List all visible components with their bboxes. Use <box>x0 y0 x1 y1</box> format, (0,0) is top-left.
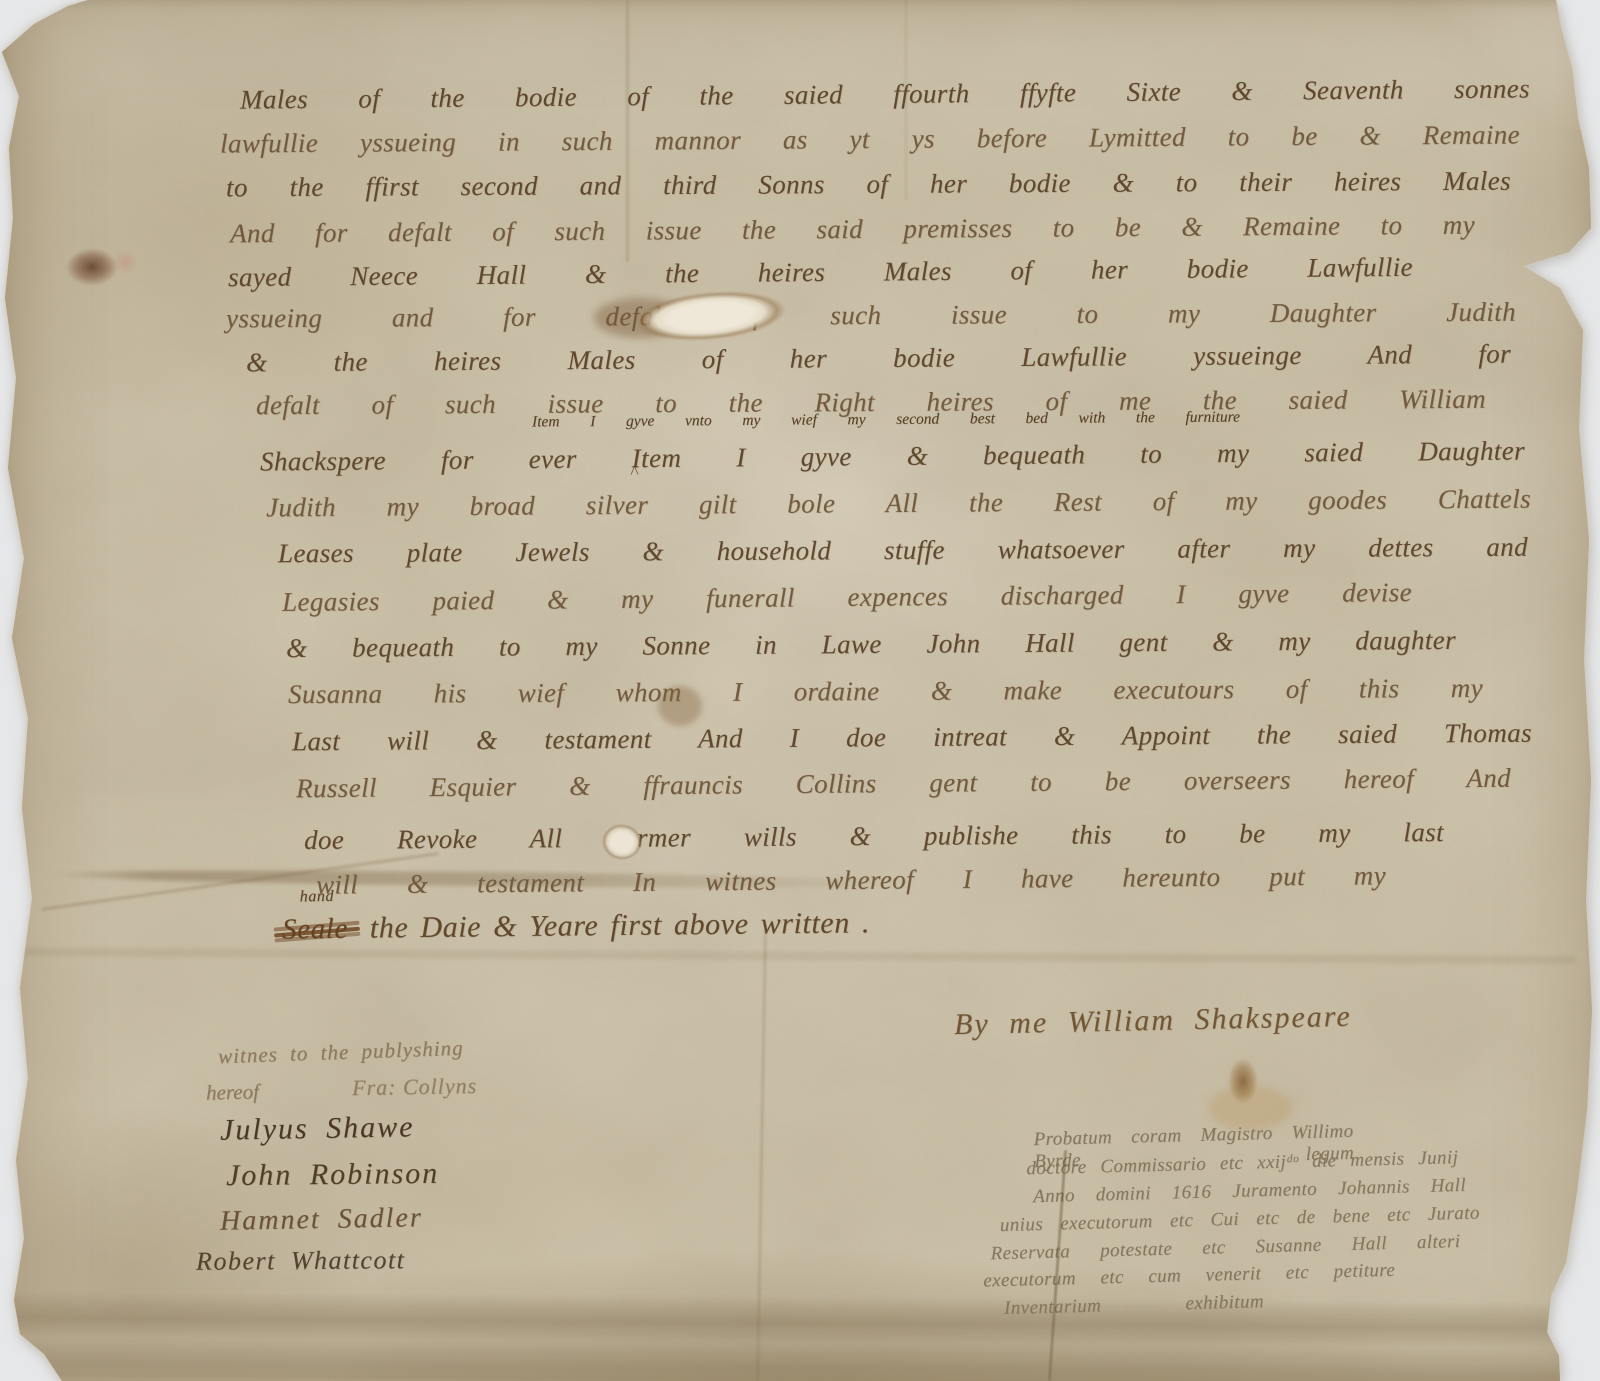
manuscript-photo: will & testament In witnes whereof I hav… <box>0 0 1600 1381</box>
will-text-line: yssueing and for defalt of such issue to… <box>226 296 1516 337</box>
will-text-block: will & testament In witnes whereof I hav… <box>0 0 1600 1381</box>
will-closing-line: handSealethe Daie & Yeare first above wr… <box>282 903 1142 946</box>
will-text-line: Males of the bodie of the saied ffourth … <box>240 72 1530 117</box>
probate-note-line: executorum etc cum venerit etc petiture <box>983 1260 1395 1293</box>
witness-signature-shawe: Julyus Shawe <box>220 1110 415 1147</box>
will-text-line: And for defalt of such issue the said pr… <box>230 209 1475 251</box>
witness-heading-line-1: witnes to the publyshing <box>218 1036 464 1070</box>
will-text-line: Russell Esquier & ffrauncis Collins gent… <box>296 762 1511 806</box>
will-text-line: to the ffirst second and third Sonns of … <box>226 165 1511 205</box>
closing-words: the Daie & Yeare first above written . <box>370 906 871 944</box>
witness-signature-robinson: John Robinson <box>226 1157 440 1193</box>
interlineation-line: Item I gyve vnto my wief my second best … <box>532 409 1240 432</box>
will-text-line: doe Revoke All former wills & publishe t… <box>304 816 1444 858</box>
probate-note-block: Probatum coram Magistro Willimo Byrde le… <box>977 1104 1563 1349</box>
will-text-line: & the heires Males of her bodie Lawfulli… <box>246 338 1511 381</box>
shakespeare-signature: By me William Shakspeare <box>954 1000 1352 1042</box>
will-text-line: Susanna his wief whom I ordaine & make e… <box>288 672 1483 712</box>
will-text-line: Judith my broad silver gilt bole All the… <box>266 483 1531 526</box>
witness-collins-signature: Fra: Collyns <box>352 1073 477 1101</box>
probate-note-line: Anno domini 1616 Juramento Johannis Hall <box>1033 1175 1466 1208</box>
parchment-sheet: will & testament In witnes whereof I hav… <box>0 0 1600 1381</box>
will-text-line: lawfullie yssueing in such mannor as yt … <box>220 118 1520 161</box>
witness-signature-sadler: Hamnet Sadler <box>220 1202 423 1238</box>
struck-word-seale: Seale <box>282 913 348 947</box>
witness-heading-line-2: hereof <box>206 1079 260 1105</box>
will-text-line: Legasies paied & my funerall expences di… <box>282 576 1412 620</box>
will-text-line: will & testament In witnes whereof I hav… <box>316 859 1386 902</box>
will-text-line: sayed Neece Hall & the heires Males of h… <box>228 251 1413 295</box>
will-text-line: Last will & testament And I doe intreat … <box>292 717 1532 759</box>
probate-note-line: Inventarium exhibitum <box>1004 1291 1264 1320</box>
will-text-line: & bequeath to my Sonne in Lawe John Hall… <box>286 624 1456 666</box>
inserted-word-hand: hand <box>300 888 335 906</box>
witness-signature-whattcott: Robert Whattcott <box>196 1245 406 1276</box>
caret-mark: ^ <box>630 462 638 483</box>
parchment-wrap: will & testament In witnes whereof I hav… <box>0 0 1600 1381</box>
will-text-line: Shackspere for ever Item I gyve & bequea… <box>260 434 1525 479</box>
will-text-line: Leases plate Jewels & household stuffe w… <box>278 531 1528 571</box>
